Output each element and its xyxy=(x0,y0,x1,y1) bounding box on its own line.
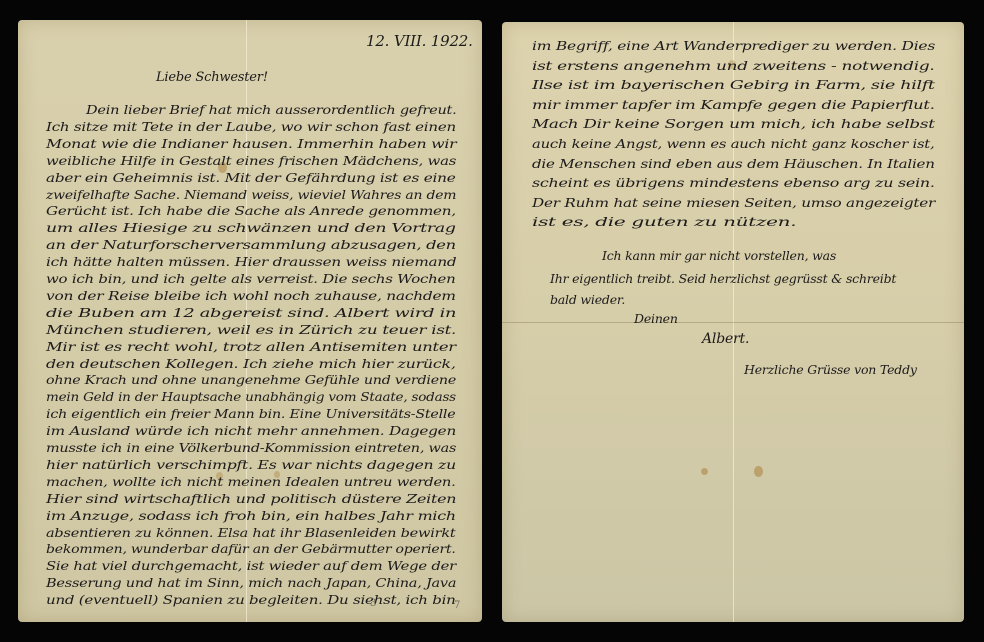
postscript: Herzliche Grüsse von Teddy xyxy=(744,362,917,377)
handwritten-line: ist es, die guten zu nützen. xyxy=(532,214,796,229)
handwritten-line: im Ausland würde ich nicht mehr annehmen… xyxy=(46,423,456,438)
horizontal-fold xyxy=(502,322,964,323)
closing-line: bald wieder. xyxy=(550,292,625,307)
letter-page-right: im Begriff, eine Art Wanderprediger zu w… xyxy=(502,22,964,622)
handwritten-line: ohne Krach und ohne unangenehme Gefühle … xyxy=(46,372,456,387)
handwritten-line: München studieren, weil es in Zürich zu … xyxy=(46,322,456,337)
handwritten-line: machen, wollte ich nicht meinen Idealen … xyxy=(46,474,456,489)
handwritten-line: mein Geld in der Hauptsache unabhängig v… xyxy=(46,389,456,404)
handwritten-line: und (eventuell) Spanien zu begleiten. Du… xyxy=(46,592,456,607)
handwritten-line: weibliche Hilfe in Gestalt eines frische… xyxy=(46,153,456,168)
closing-line: Ihr eigentlich treibt. Seid herzlichst g… xyxy=(550,271,896,286)
handwritten-line: Mir ist es recht wohl, trotz allen Antis… xyxy=(46,339,456,354)
handwritten-line: mir immer tapfer im Kampfe gegen die Pap… xyxy=(532,97,935,112)
valediction: Deinen xyxy=(634,311,678,326)
handwritten-line: um alles Hiesige zu schwänzen und den Vo… xyxy=(46,220,456,235)
pencil-mark: 7 xyxy=(454,600,460,611)
closing-line: Ich kann mir gar nicht vorstellen, was xyxy=(602,248,836,263)
handwritten-line: die Buben am 12 abgereist sind. Albert w… xyxy=(46,305,456,320)
letter-date: 12. VIII. 1922. xyxy=(366,32,473,50)
handwritten-line: Mach Dir keine Sorgen um mich, ich habe … xyxy=(532,116,935,131)
handwritten-line: Besserung und hat im Sinn, mich nach Jap… xyxy=(46,575,456,590)
handwritten-line: ich hätte halten müssen. Hier draussen w… xyxy=(46,254,456,269)
handwritten-line: hier natürlich verschimpft. Es war nicht… xyxy=(46,457,456,472)
handwritten-line: ich eigentlich ein freier Mann bin. Eine… xyxy=(46,406,455,421)
handwritten-line: auch keine Angst, wenn es auch nicht gan… xyxy=(532,136,934,151)
handwritten-line: Ich sitze mit Tete in der Laube, wo wir … xyxy=(46,119,456,134)
handwritten-line: Monat wie die Indianer hausen. Immerhin … xyxy=(46,136,456,151)
letter-page-left: 12. VIII. 1922. Liebe Schwester! Dein li… xyxy=(18,20,482,622)
handwritten-line: Der Ruhm hat seine miesen Seiten, umso a… xyxy=(532,195,935,210)
handwritten-line: im Anzuge, sodass ich froh bin, ein halb… xyxy=(46,508,456,523)
handwritten-line: Gerücht ist. Ich habe die Sache als Anre… xyxy=(46,203,456,218)
stain xyxy=(754,466,763,477)
handwritten-line: Ilse ist im bayerischen Gebirg in Farm, … xyxy=(532,77,935,92)
handwritten-line: an der Naturforscherversammlung abzusage… xyxy=(46,237,456,252)
pencil-mark: 3 xyxy=(370,598,376,609)
handwritten-line: die Menschen sind eben aus dem Häuschen.… xyxy=(532,156,935,171)
handwritten-line: bekommen, wunderbar dafür an der Gebärmu… xyxy=(46,541,456,556)
handwritten-line: absentieren zu können. Elsa hat ihr Blas… xyxy=(46,525,456,540)
handwritten-line: musste ich in eine Völkerbund-Kommission… xyxy=(46,440,456,455)
handwritten-line: Sie hat viel durchgemacht, ist wieder au… xyxy=(46,558,456,573)
handwritten-line: zweifelhafte Sache. Niemand weiss, wievi… xyxy=(46,187,456,202)
signature: Albert. xyxy=(702,331,749,347)
handwritten-line: aber ein Geheimnis ist. Mit der Gefährdu… xyxy=(46,170,456,185)
handwritten-line: im Begriff, eine Art Wanderprediger zu w… xyxy=(532,38,935,53)
handwritten-line: von der Reise bleibe ich wohl noch zuhau… xyxy=(46,288,456,303)
stain xyxy=(701,468,708,475)
handwritten-line: den deutschen Kollegen. Ich ziehe mich h… xyxy=(46,356,456,371)
handwritten-line: scheint es übrigens mindestens ebenso ar… xyxy=(532,175,935,190)
handwritten-line: ist erstens angenehm und zweitens - notw… xyxy=(532,58,934,73)
handwritten-line: Hier sind wirtschaftlich und politisch d… xyxy=(46,491,456,506)
letter-salutation: Liebe Schwester! xyxy=(156,70,268,85)
handwritten-line: Dein lieber Brief hat mich ausserordentl… xyxy=(86,102,457,117)
handwritten-line: wo ich bin, und ich gelte als verreist. … xyxy=(46,271,456,286)
